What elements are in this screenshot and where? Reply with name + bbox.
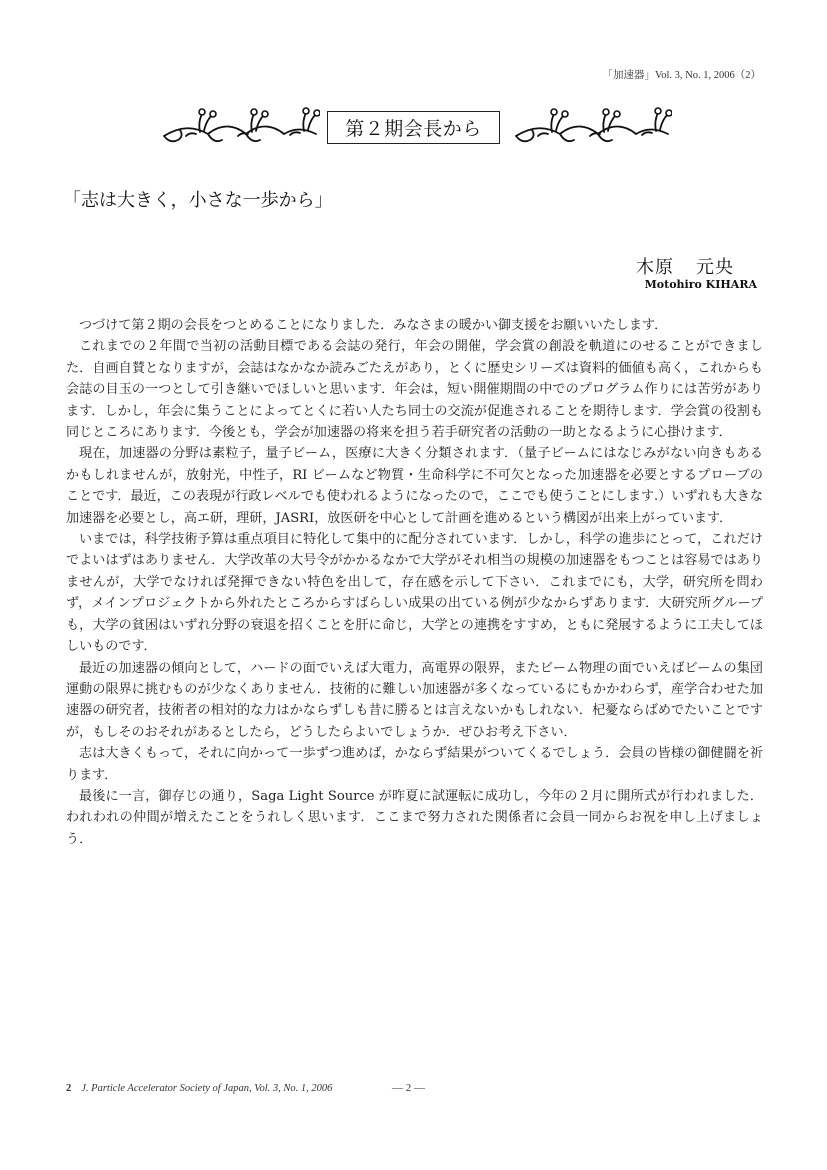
author-name-english: Motohiro KIHARA (645, 278, 757, 291)
article-body: つづけて第２期の会長をつとめることになりました．みなさまの暖かい御支援をお願いい… (66, 315, 763, 850)
author-family-name: 木原 (636, 257, 674, 278)
author-given-name: 元央 (696, 257, 734, 278)
paragraph: これまでの２年間で当初の活動目標である会誌の発行，年会の開催，学会賞の創設を軌道… (66, 336, 763, 443)
paragraph: いまでは，科学技術予算は重点項目に特化して集中的に配分されています．しかし，科学… (66, 529, 763, 657)
footer-center-page: — 2 — (392, 1082, 425, 1094)
paragraph: 最後に一言，御存じの通り，Saga Light Source が昨夏に試運転に成… (66, 786, 763, 850)
running-head: 「加速器」Vol. 3, No. 1, 2006（2） (603, 67, 761, 82)
paragraph: 志は大きくもって，それに向かって一歩ずつ進めば，かならず結果がついてくるでしょう… (66, 743, 763, 786)
paragraph: 現在，加速器の分野は素粒子，量子ビーム，医療に大きく分類されます．（量子ビームに… (66, 443, 763, 529)
section-banner: 第２期会長から (160, 100, 670, 155)
article-title: 「志は大きく，小さな一歩から」 (63, 186, 333, 212)
section-title-box: 第２期会長から (327, 111, 500, 144)
author-name-japanese: 木原元央 (636, 253, 734, 279)
footer-page-number: 2 (66, 1083, 71, 1094)
footer-citation: 2J. Particle Accelerator Society of Japa… (66, 1083, 332, 1094)
paragraph: 最近の加速器の傾向として，ハードの面でいえば大電力，高電界の限界，またビーム物理… (66, 658, 763, 744)
section-title: 第２期会長から (345, 114, 482, 141)
floral-vine-ornament-right-icon (512, 104, 672, 148)
floral-vine-ornament-left-icon (160, 104, 320, 148)
paragraph: つづけて第２期の会長をつとめることになりました．みなさまの暖かい御支援をお願いい… (66, 315, 763, 336)
footer-journal: J. Particle Accelerator Society of Japan… (81, 1083, 332, 1094)
